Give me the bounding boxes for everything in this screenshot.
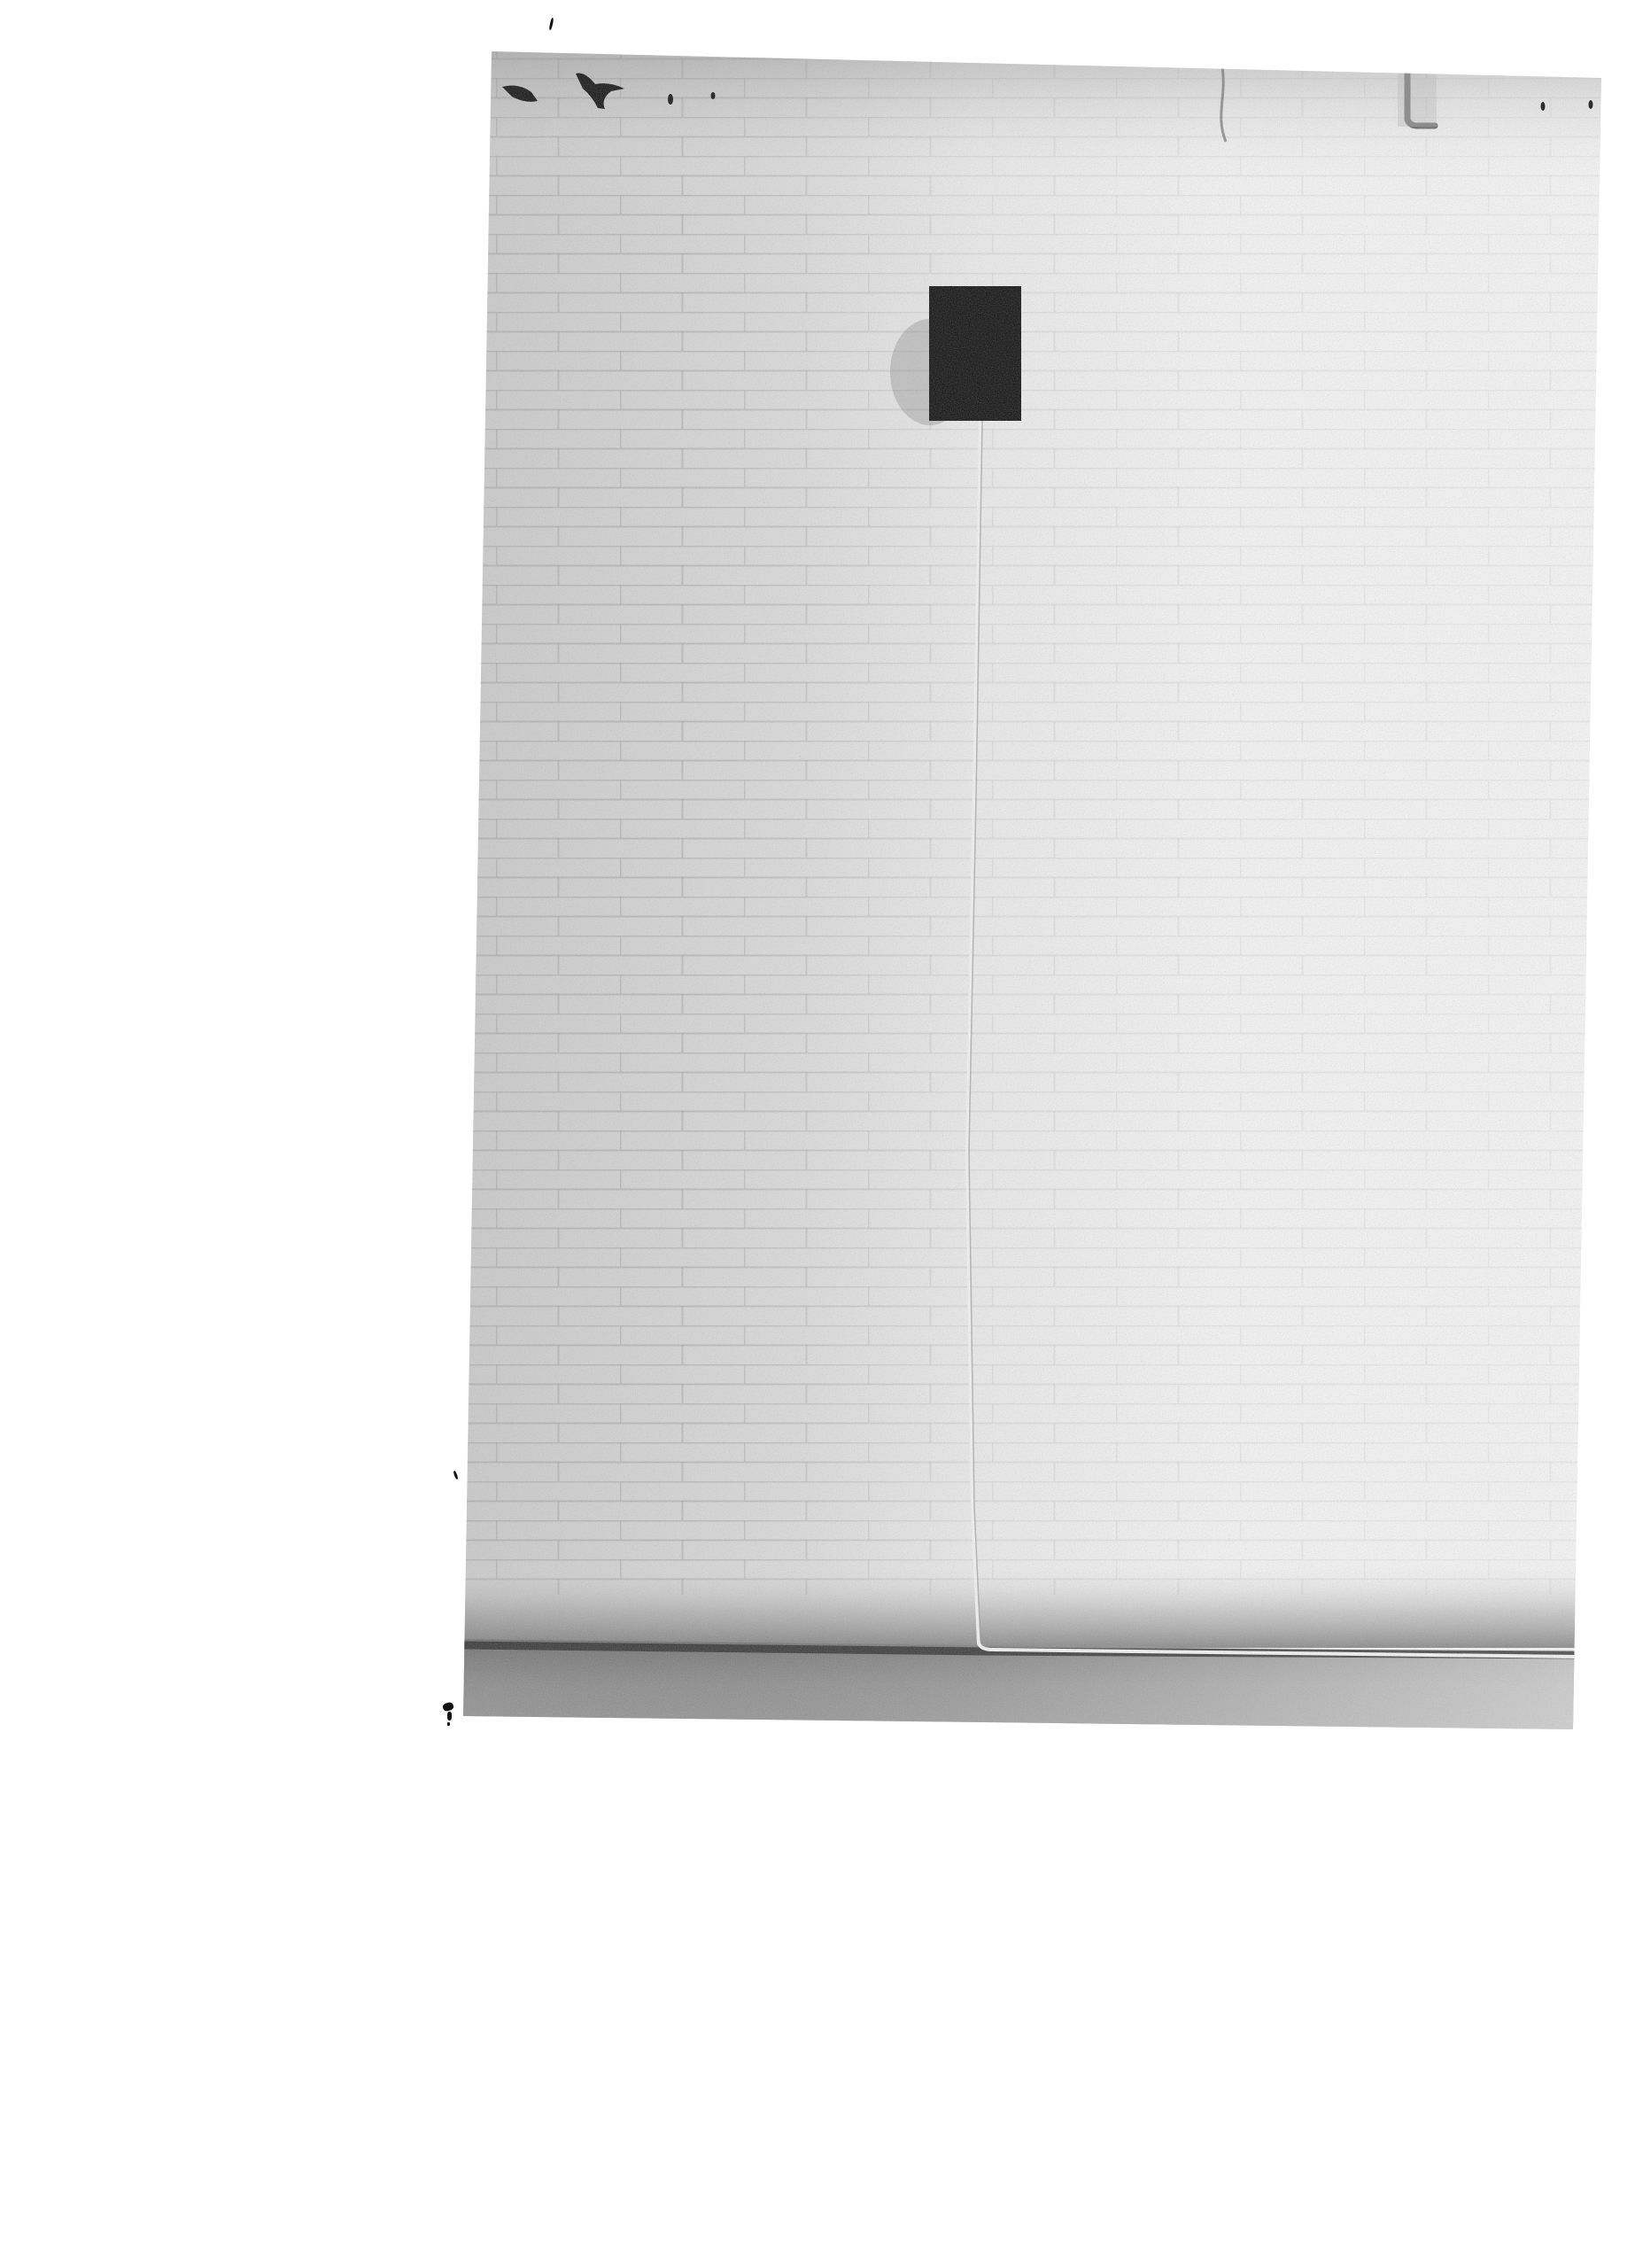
scan-mark [447, 1722, 450, 1726]
scan-mark [447, 1712, 452, 1720]
wall-photograph [0, 0, 1635, 2268]
scanned-page [0, 0, 1635, 2268]
